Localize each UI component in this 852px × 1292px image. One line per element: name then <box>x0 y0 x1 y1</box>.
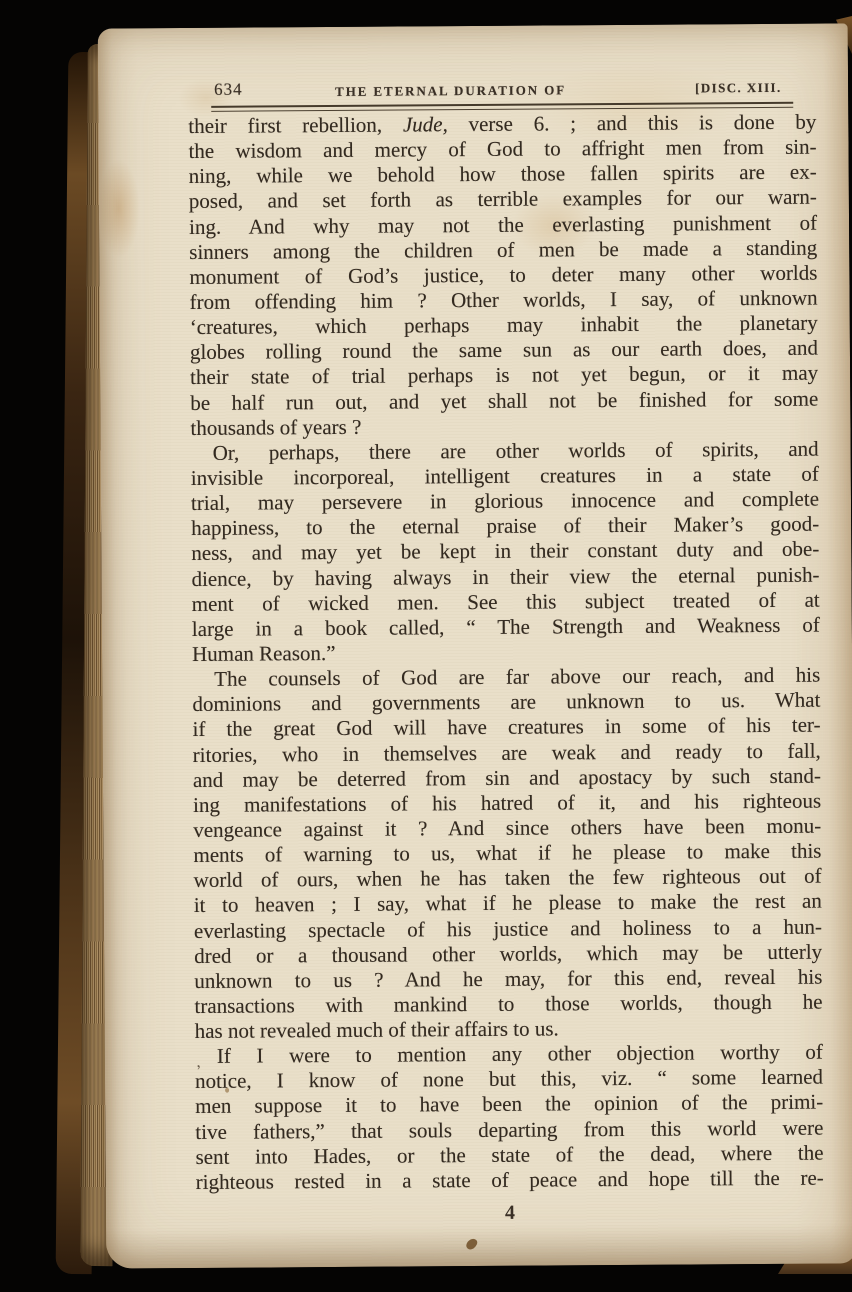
italic-text: Jude, <box>403 112 448 136</box>
text-line: it to heaven ; I say, what if he please … <box>194 889 822 919</box>
running-title: THE ETERNAL DURATION OF <box>335 82 566 100</box>
section-label: [DISC. XIII. <box>695 80 782 97</box>
text-line: posed, and set forth as terrible example… <box>189 185 817 215</box>
stain-speck <box>464 1237 478 1252</box>
text-line: ritories, who in themselves are weak and… <box>193 738 821 768</box>
signature-mark: 4 <box>196 1200 824 1227</box>
text-line: everlasting spectacle of his justice and… <box>194 914 822 944</box>
text-line: transactions with mankind to those world… <box>194 990 822 1020</box>
text-line: dience, by having always in their view t… <box>191 562 819 592</box>
text-line: righteous rested in a state of peace and… <box>196 1165 824 1195</box>
body-text: their first rebellion, Jude, verse 6. ; … <box>188 110 824 1195</box>
text-line: ness, and may yet be kept in their const… <box>191 537 819 567</box>
text-line: be half run out, and yet shall not be fi… <box>190 386 818 416</box>
book-photo: 634 THE ETERNAL DURATION OF [DISC. XIII.… <box>0 0 852 1292</box>
text-line: their state of trial perhaps is not yet … <box>190 361 818 391</box>
text-line: large in a book called, “ The Strength a… <box>192 612 820 642</box>
text-line: if the great God will have creatures in … <box>192 713 820 743</box>
stain-speck-small <box>225 1088 229 1093</box>
text-line: men suppose it to have been the opinion … <box>195 1090 823 1120</box>
page-number: 634 <box>214 80 243 100</box>
book-page: 634 THE ETERNAL DURATION OF [DISC. XIII.… <box>98 23 852 1268</box>
